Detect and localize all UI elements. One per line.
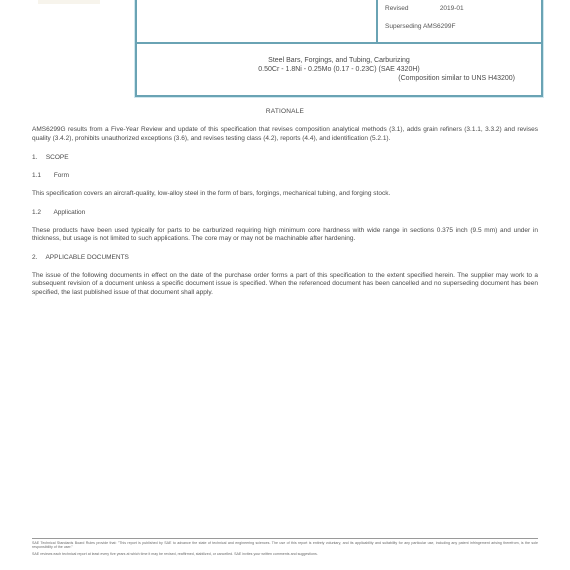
footer-notice: SAE Technical Standards Board Rules prov… — [32, 541, 538, 558]
superseding-value: AMS6299F — [423, 23, 456, 30]
revised-row: Revised 2019-01 — [385, 5, 464, 12]
header-left-cell — [137, 0, 378, 42]
document-body: RATIONALE AMS6299G results from a Five-Y… — [32, 108, 538, 297]
revised-value: 2019-01 — [440, 5, 464, 12]
section-application-heading: 1.2 Application — [32, 209, 538, 217]
header-top-row: Revised 2019-01 Superseding AMS6299F — [137, 0, 541, 44]
footer-divider — [32, 538, 538, 539]
section-title: Application — [53, 209, 85, 216]
section-number: 2. — [32, 254, 44, 262]
application-paragraph: These products have been used typically … — [32, 227, 538, 244]
section-applicable-documents-heading: 2. APPLICABLE DOCUMENTS — [32, 254, 538, 262]
title-line-2: 0.50Cr - 1.8Ni - 0.25Mo (0.17 - 0.23C) (… — [137, 65, 541, 74]
title-line-3: (Composition similar to UNS H43200) — [137, 74, 541, 83]
title-line-1: Steel Bars, Forgings, and Tubing, Carbur… — [137, 56, 541, 65]
form-paragraph: This specification covers an aircraft-qu… — [32, 190, 538, 198]
section-title: APPLICABLE DOCUMENTS — [45, 254, 128, 261]
document-title: Steel Bars, Forgings, and Tubing, Carbur… — [137, 46, 541, 96]
section-number: 1.2 — [32, 209, 52, 217]
faint-header-mark — [38, 0, 100, 4]
applicable-documents-paragraph: The issue of the following documents in … — [32, 272, 538, 297]
footer-paragraph-2: SAE reviews each technical report at lea… — [32, 552, 538, 556]
section-title: SCOPE — [46, 154, 69, 161]
superseding-label: Superseding — [385, 23, 422, 30]
superseding-row: Superseding AMS6299F — [385, 23, 455, 30]
section-number: 1.1 — [32, 172, 52, 180]
footer-paragraph-1: SAE Technical Standards Board Rules prov… — [32, 541, 538, 550]
document-header-box: Revised 2019-01 Superseding AMS6299F Ste… — [135, 0, 543, 97]
section-title: Form — [54, 172, 69, 179]
section-number: 1. — [32, 154, 44, 162]
section-form-heading: 1.1 Form — [32, 172, 538, 180]
section-scope-heading: 1. SCOPE — [32, 154, 538, 162]
rationale-paragraph: AMS6299G results from a Five-Year Review… — [32, 126, 538, 143]
rationale-heading: RATIONALE — [32, 108, 538, 116]
revised-label: Revised — [385, 5, 438, 12]
header-meta-cell: Revised 2019-01 Superseding AMS6299F — [380, 0, 541, 42]
